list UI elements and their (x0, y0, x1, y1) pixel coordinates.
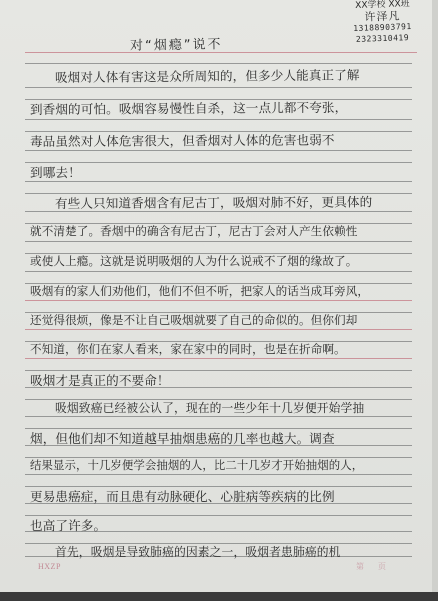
essay-line: 吸烟对人体有害这是众所周知的，但多少人能真正了解 (55, 64, 410, 86)
ruled-line (25, 474, 412, 475)
ruled-line (25, 150, 412, 151)
essay-line: 首先，吸烟是导致肺癌的因素之一，吸烟者患肺癌的机 (55, 543, 410, 560)
ruled-line (25, 241, 412, 242)
page-number-label: 第页 (356, 561, 400, 572)
ruled-line (25, 416, 412, 417)
ruled-line (25, 300, 412, 301)
ruled-line (25, 358, 412, 359)
essay-line: 或使人上瘾。这就是说明吸烟的人为什么说戒不了烟的缘故了。 (30, 253, 410, 269)
ruled-line (25, 329, 412, 330)
essay-line: 烟，但他们却不知道越早抽烟患癌的几率也越大。调查 (30, 428, 410, 447)
essay-line: 有些人只知道香烟含有尼古丁，吸烟对肺不好，更具体的 (55, 191, 410, 212)
essay-line: 就不清楚了。香烟中的确含有尼古丁，尼古丁会对人产生依赖性 (30, 223, 410, 239)
desk-shadow (0, 592, 438, 601)
essay-line: 吸烟有的家人们劝他们，他们不但不听，把家人的话当成耳旁风， (30, 283, 410, 299)
essay-line: 更易患癌症，而且患有动脉硬化、心脏病等疾病的比例 (30, 486, 410, 505)
essay-line: 结果显示，十几岁便学会抽烟的人，比二十几岁才开始抽烟的人， (30, 457, 410, 473)
notebook-brand-code: HXZP (38, 562, 61, 571)
author-info: XX学校 XX班 许泽凡 13188903791 2323310419 (330, 0, 435, 44)
header-red-rule (25, 52, 417, 53)
ruled-line (25, 119, 412, 120)
essay-title: 对“烟瘾”说不 (130, 33, 223, 54)
background-edge (432, 0, 438, 601)
essay-line: 吸烟致癌已经被公认了，现在的一些少年十几岁便开始学抽 (55, 399, 410, 416)
notebook-page: XX学校 XX班 许泽凡 13188903791 2323310419 对“烟瘾… (0, 0, 432, 592)
ruled-line (25, 181, 412, 182)
essay-line: 毒品虽然对人体危害很大，但香烟对人体的危害也弱不 (30, 129, 410, 150)
essay-line: 吸烟才是真正的不要命！ (30, 370, 410, 389)
essay-line: 到香烟的可怕。吸烟容易慢性自杀，这一点儿都不夸张， (30, 96, 410, 118)
ruled-line (25, 87, 412, 88)
essay-line: 也高了许多。 (30, 515, 410, 534)
essay-line: 到哪去！ (30, 162, 410, 181)
essay-line: 不知道，你们在家人看来，家在家中的同时，也是在折命啊。 (30, 341, 410, 357)
essay-line: 还觉得很烦，像是不让自己吸烟就要了自己的命似的。但你们却 (30, 312, 410, 328)
author-id: 2323310419 (330, 31, 435, 46)
ruled-line (25, 271, 412, 272)
